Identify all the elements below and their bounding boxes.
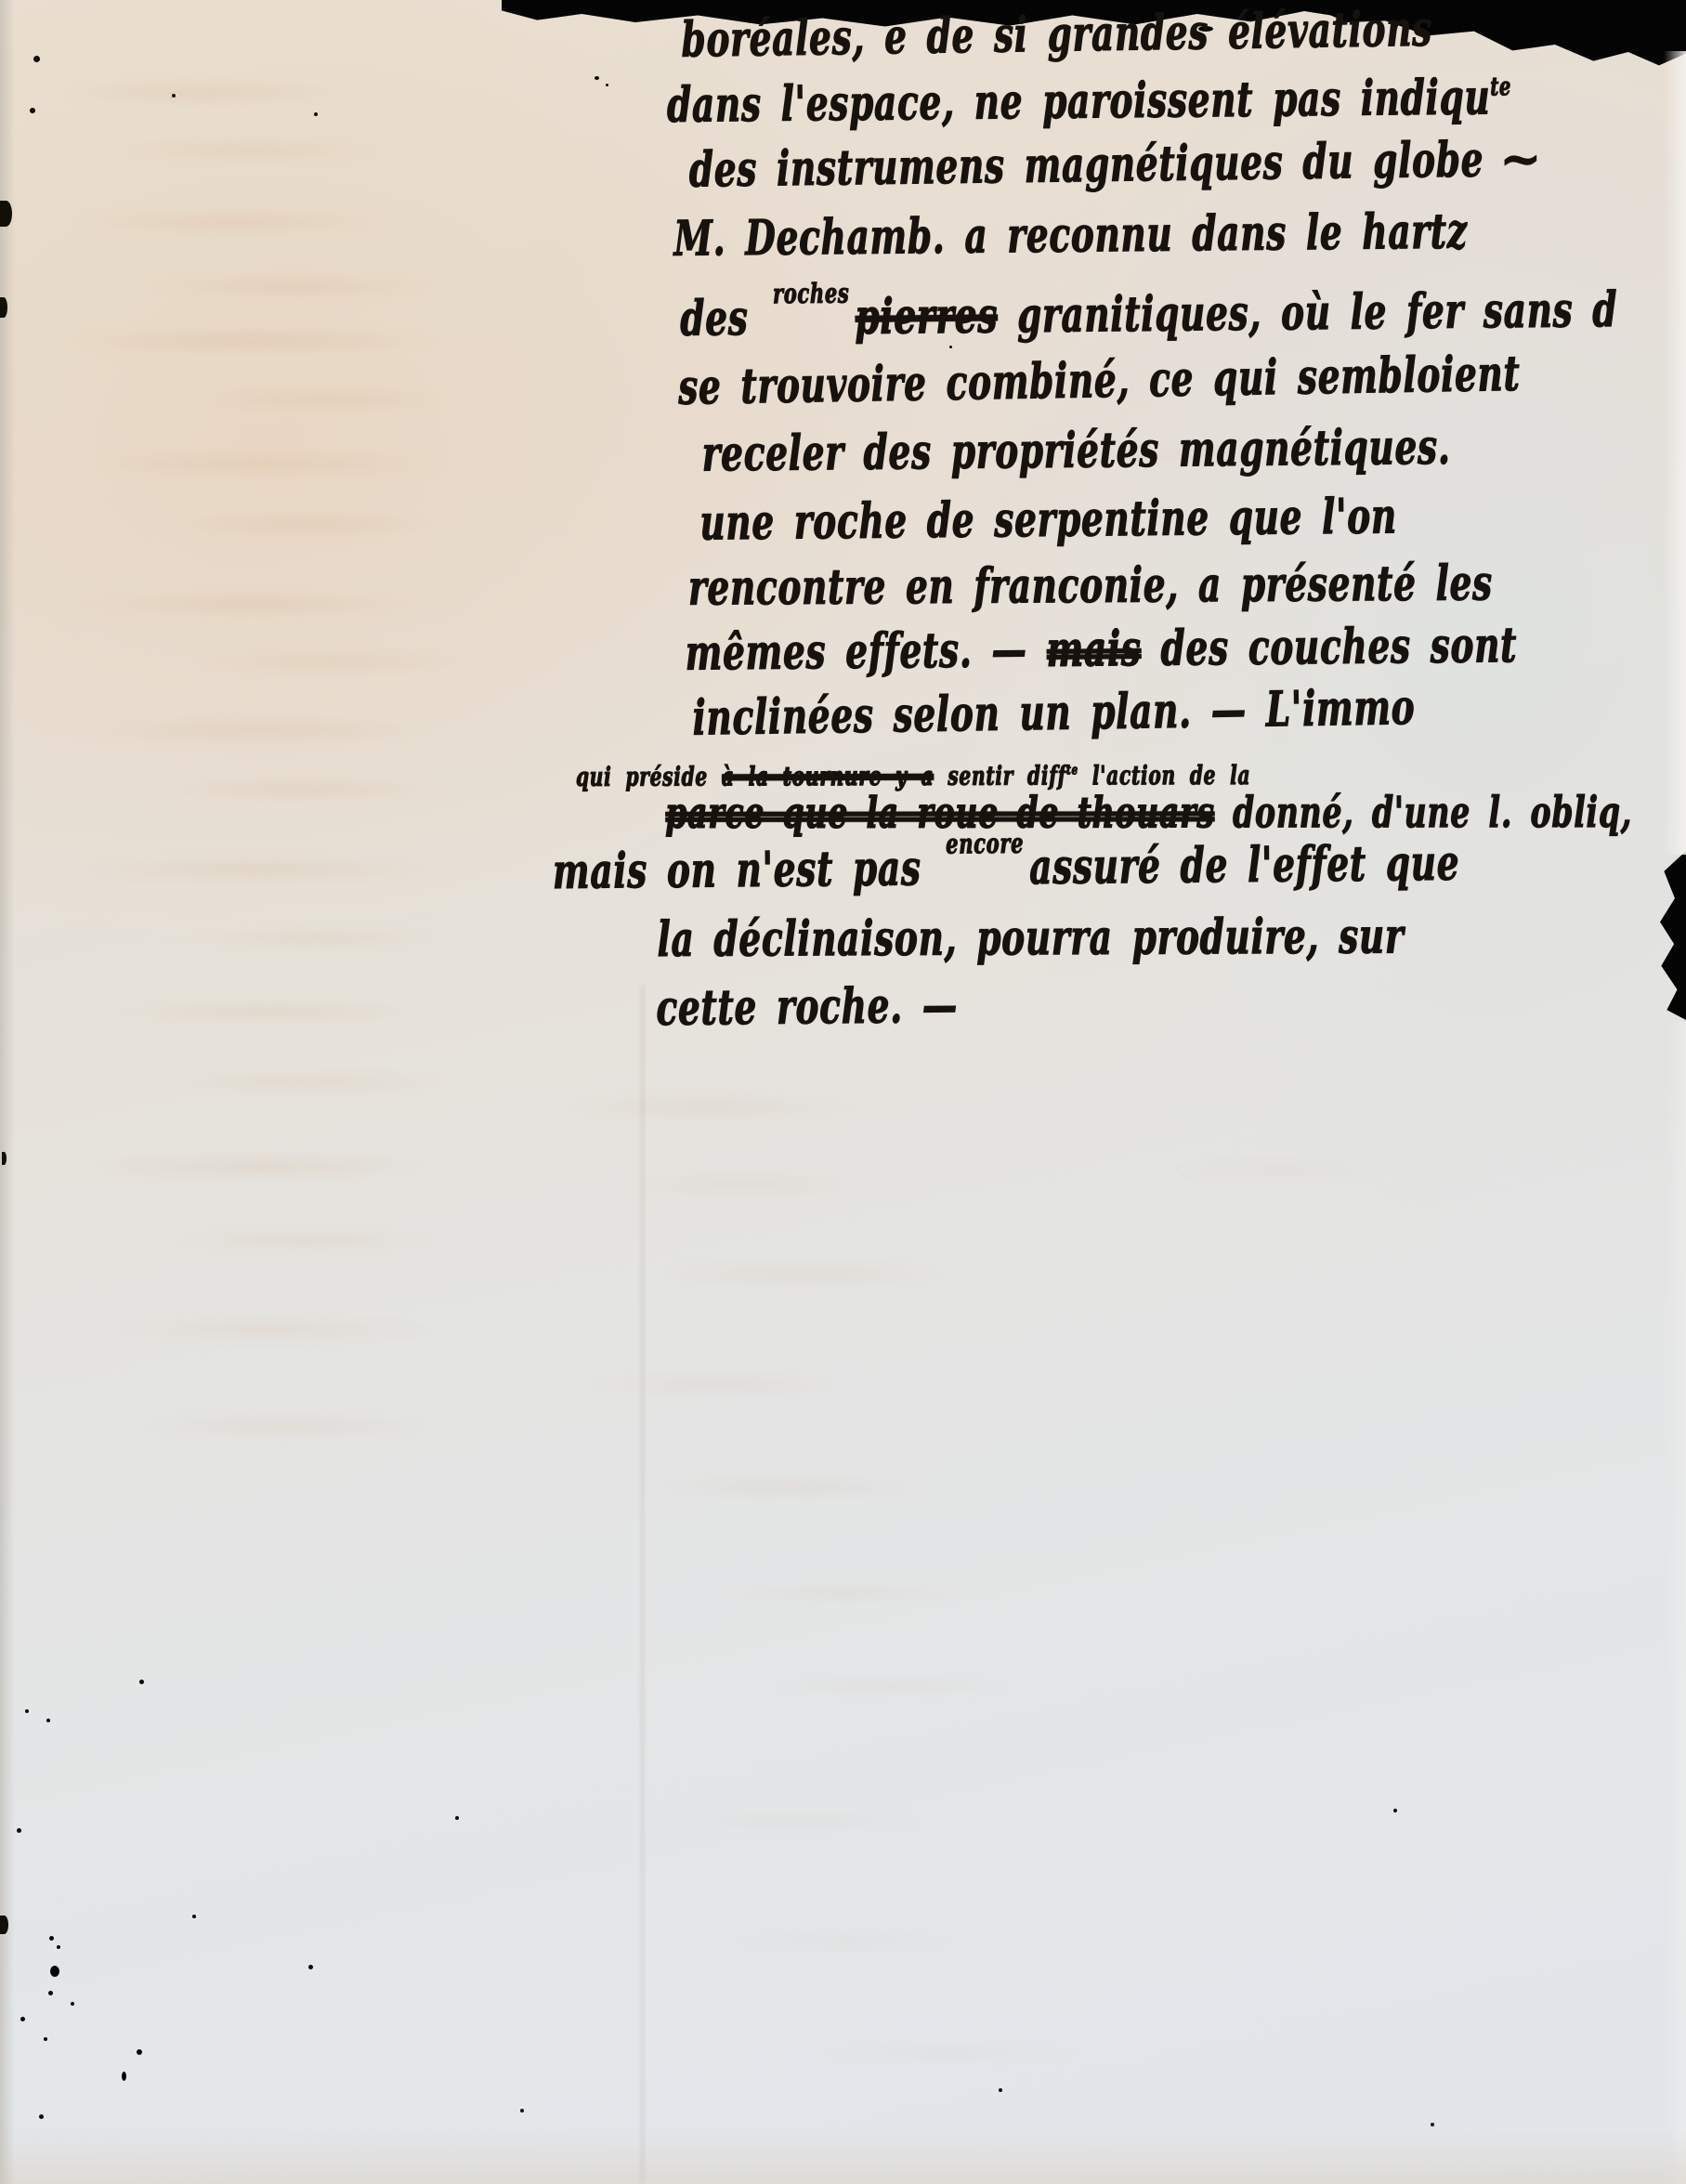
text-segment: inclinées selon un plan. — L'immo	[692, 679, 1416, 747]
handwritten-text: boréales, e de si grandes élévationsdans…	[0, 0, 1686, 2184]
text-segment: granitiques, où le fer sans d	[998, 281, 1618, 344]
text-segment: des	[680, 290, 768, 347]
text-segment: mais on n'est pas	[553, 840, 941, 900]
manuscript-line: des rochespierres granitiques, où le fer…	[680, 286, 1617, 344]
text-segment: la déclinaison, pourra produire, sur	[657, 908, 1404, 968]
manuscript-line: parce que la roue de thouars donné, d'un…	[665, 791, 1632, 834]
manuscript-page: boréales, e de si grandes élévationsdans…	[0, 0, 1686, 2184]
text-segment: des instrumens magnétiques du globe ⁓	[688, 131, 1538, 199]
manuscript-line: rencontre en franconie, a présenté les	[688, 559, 1493, 612]
text-segment: des couches sont	[1141, 617, 1517, 677]
text-segment: rencontre en franconie, a présenté les	[688, 555, 1493, 616]
text-segment: parce que la roue de thouars	[665, 787, 1215, 838]
manuscript-line: la déclinaison, pourra produire, sur	[657, 912, 1404, 964]
text-segment: une roche de serpentine que l'on	[699, 488, 1397, 551]
manuscript-line: dans l'espace, ne paroissent pas indiqut…	[667, 73, 1512, 130]
text-segment: encore	[946, 830, 1024, 858]
manuscript-line: cette roche. —	[656, 982, 958, 1033]
edge-ink-blob	[0, 1916, 8, 1934]
manuscript-line: des instrumens magnétiques du globe ⁓	[689, 136, 1539, 195]
text-segment: assuré de l'effet que	[1029, 835, 1460, 896]
text-segment: cette roche. —	[656, 977, 958, 1037]
manuscript-line: M. Dechamb. a reconnu dans le hartz	[673, 208, 1468, 264]
text-segment: pierres	[855, 287, 998, 345]
text-segment: se trouvoire combiné, ce qui sembloient	[678, 346, 1521, 416]
manuscript-line: mais on n'est pas encoreassuré de l'effe…	[553, 840, 1460, 896]
text-segment: M. Dechamb. a reconnu dans le hartz	[673, 203, 1468, 268]
manuscript-line: inclinées selon un plan. — L'immo	[692, 684, 1416, 743]
manuscript-line: mêmes effets. — mais des couches sont	[686, 621, 1518, 678]
text-segment: te	[1490, 72, 1511, 101]
manuscript-line: receler des propriétés magnétiques.	[701, 424, 1450, 479]
text-segment: mais	[1046, 621, 1142, 678]
manuscript-line: se trouvoire combiné, ce qui sembloient	[678, 350, 1521, 412]
text-segment: roches	[773, 280, 850, 307]
manuscript-line: qui préside à la tournure y a sentir dif…	[576, 763, 1250, 791]
text-segment: receler des propriétés magnétiques.	[701, 419, 1450, 483]
text-segment: mêmes effets. —	[685, 621, 1046, 682]
text-segment: te	[1066, 762, 1078, 778]
text-segment: donné, d'une l. obliq,	[1215, 787, 1632, 837]
manuscript-line: une roche de serpentine que l'on	[699, 492, 1397, 547]
text-segment: dans l'espace, ne paroissent pas indiqu	[667, 69, 1491, 134]
manuscript-line: boréales, e de si grandes élévations	[681, 6, 1432, 65]
text-segment: boréales, e de si grandes élévations	[681, 1, 1432, 69]
edge-ink-blob	[2, 1152, 7, 1165]
